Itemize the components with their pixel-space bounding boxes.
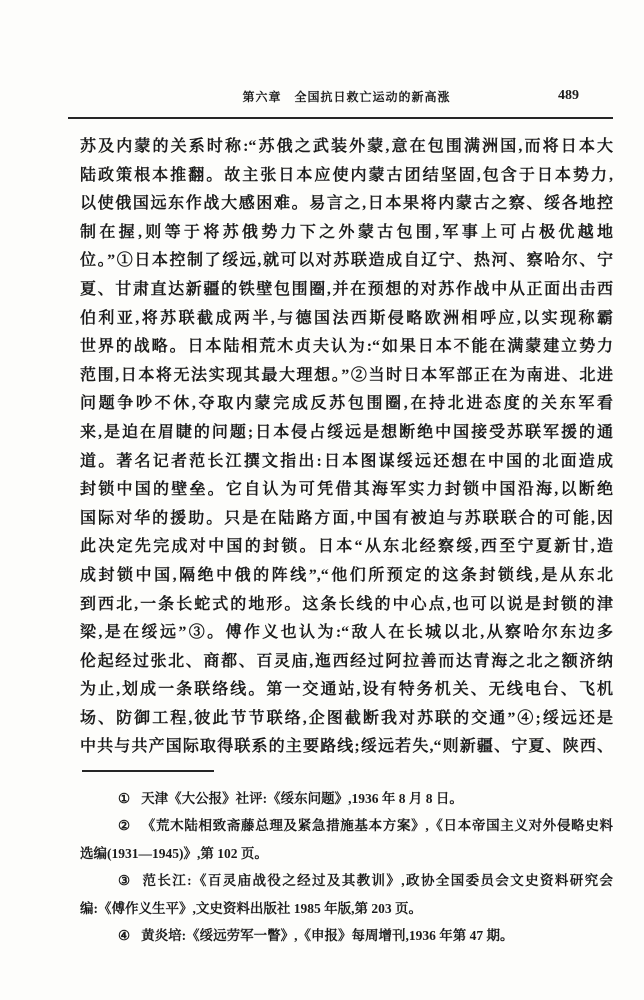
body-line: 苏及内蒙的关系时称:“苏俄之武装外蒙,意在包围满洲国,而将日本大 (80, 133, 613, 162)
body-line: 成封锁中国,隔绝中俄的阵线”,“他们所预定的这条封锁线,是从东北 (80, 562, 613, 591)
body-line: 到西北,一条长蛇式的地形。这条长线的中心点,也可以说是封锁的津 (80, 591, 613, 620)
body-line: 场、防御工程,彼此节节联络,企图截断我对苏联的交通”④;绥远还是 (80, 705, 613, 734)
footnote-line: ①天津《大公报》社评:《绥东问题》,1936 年 8 月 8 日。 (80, 785, 613, 812)
body-line: 伯利亚,将苏联截成两半,与德国法西斯侵略欧洲相呼应,以实现称霸 (80, 305, 613, 334)
footnote-marker: ② (118, 818, 131, 833)
page-number: 489 (558, 88, 579, 104)
body-line: 位。”①日本控制了绥远,就可以对苏联造成自辽宁、热河、察哈尔、宁 (80, 247, 613, 276)
body-line: 以使俄国远东作战大感困难。易言之,日本果将内蒙古之察、绥各地控 (80, 190, 613, 219)
body-line: 范围,日本将无法实现其最大理想。”②当时日本军部正在为南进、北进 (80, 362, 613, 391)
footnote-line: ④黄炎培:《绥远劳军一瞥》,《申报》每周增刊,1936 年第 47 期。 (80, 922, 613, 949)
footnote-marker: ③ (118, 873, 131, 888)
footnote-text: 《荒木陆相致斋藤总理及紧急措施基本方案》,《日本帝国主义对外侵略史料 (142, 818, 613, 833)
chapter-title: 第六章 全国抗日救亡运动的新高涨 (80, 88, 613, 105)
body-line: 梁,是在绥远”③。傅作义也认为:“敌人在长城以北,从察哈尔东边多 (80, 619, 613, 648)
page-header: 第六章 全国抗日救亡运动的新高涨 489 (80, 88, 613, 110)
footnote-line: 选编(1931—1945)》,第 102 页。 (80, 840, 613, 867)
body-line: 中共与共产国际取得联系的主要路线;绥远若失,“则新疆、宁夏、陕西、 (80, 733, 613, 762)
footnote-marker: ① (118, 791, 130, 806)
body-line: 国际对华的援助。只是在陆路方面,中国有被迫与苏联联合的可能,因 (80, 505, 613, 534)
footnote-text: 天津《大公报》社评:《绥东问题》,1936 年 8 月 8 日。 (141, 791, 463, 806)
footnote-line: ③范长江:《百灵庙战役之经过及其教训》,政协全国委员会文史资料研究会 (80, 867, 613, 894)
footnote-line: ②《荒木陆相致斋藤总理及紧急措施基本方案》,《日本帝国主义对外侵略史料 (80, 812, 613, 839)
body-line: 陆政策根本推翻。故主张日本应使内蒙古团结坚固,包含于日本势力, (80, 162, 613, 191)
body-line: 伦起经过张北、商都、百灵庙,迤西经过阿拉善而达青海之北之额济纳 (80, 648, 613, 677)
body-line: 道。著名记者范长江撰文指出:日本图谋绥远还想在中国的北面造成 (80, 448, 613, 477)
body-line: 问题争吵不休,夺取内蒙完成反苏包围圈,在持北进态度的关东军看 (80, 390, 613, 419)
footnote-text: 黄炎培:《绥远劳军一瞥》,《申报》每周增刊,1936 年第 47 期。 (141, 928, 513, 943)
body-line: 夏、甘肃直达新疆的铁壁包围圈,并在预想的对苏作战中从正面出击西 (80, 276, 613, 305)
footnote-separator (82, 770, 214, 772)
body-line: 制在握,则等于将苏俄势力下之外蒙古包围,军事上可占极优越地 (80, 219, 613, 248)
body-line: 世界的战略。日本陆相荒木贞夫认为:“如果日本不能在满蒙建立势力 (80, 333, 613, 362)
body-line: 来,是迫在眉睫的问题;日本侵占绥远是想断绝中国接受苏联军援的通 (80, 419, 613, 448)
footnote-marker: ④ (118, 928, 130, 943)
body-line: 此决定先完成对中国的封锁。日本“从东北经察绥,西至宁夏新甘,造 (80, 533, 613, 562)
body-text: 苏及内蒙的关系时称:“苏俄之武装外蒙,意在包围满洲国,而将日本大 陆政策根本推翻… (80, 133, 613, 762)
header-rule (68, 117, 613, 119)
body-line: 封锁中国的壁垒。它自认为可凭借其海军实力封锁中国沿海,以断绝 (80, 476, 613, 505)
body-line: 为止,划成一条联络线。第一交通站,设有特务机关、无线电台、飞机 (80, 676, 613, 705)
footnotes: ①天津《大公报》社评:《绥东问题》,1936 年 8 月 8 日。 ②《荒木陆相… (80, 785, 613, 949)
book-page: 第六章 全国抗日救亡运动的新高涨 489 苏及内蒙的关系时称:“苏俄之武装外蒙,… (0, 0, 644, 1000)
footnote-text: 范长江:《百灵庙战役之经过及其教训》,政协全国委员会文史资料研究会 (142, 873, 613, 888)
footnote-line: 编:《傅作义生平》,文史资料出版社 1985 年版,第 203 页。 (80, 895, 613, 922)
